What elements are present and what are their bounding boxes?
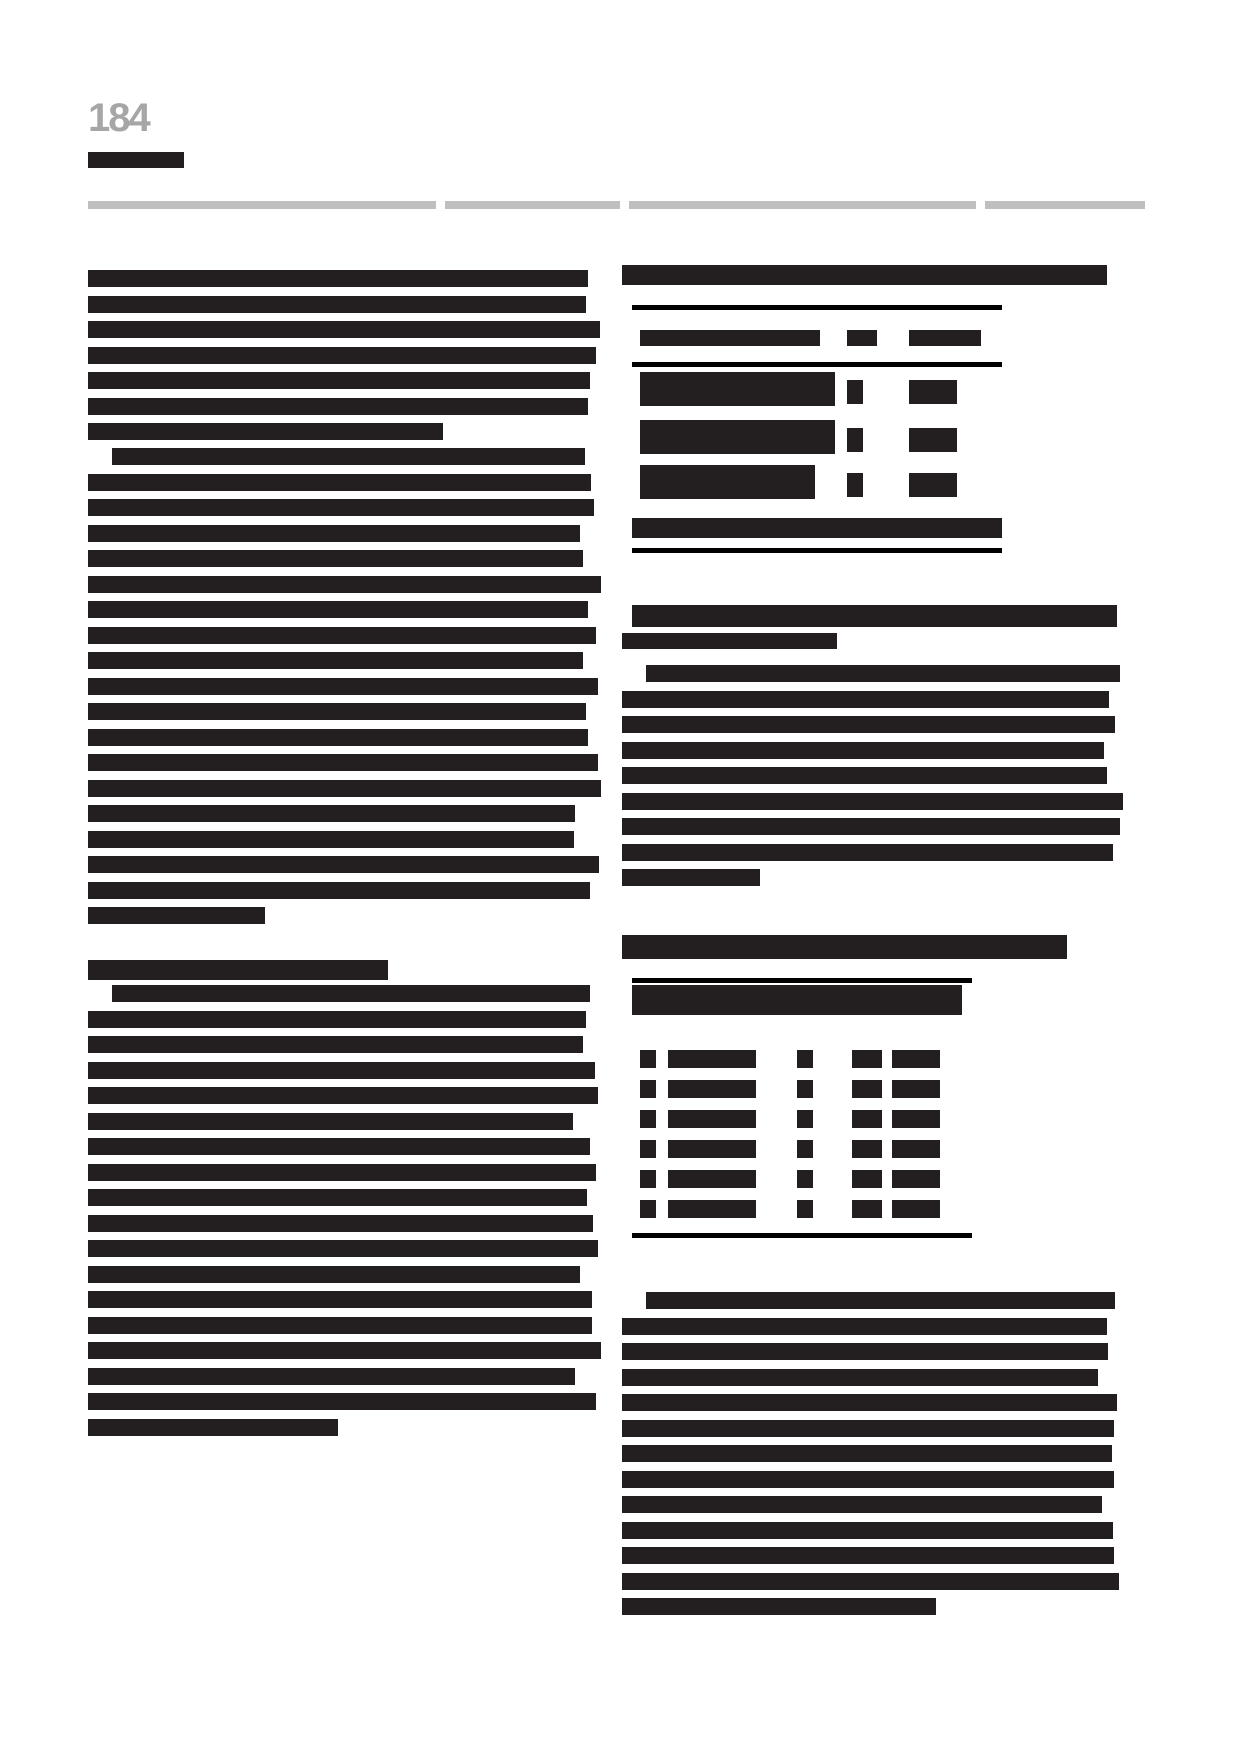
table-rule (632, 305, 1002, 310)
paragraph-line (88, 525, 580, 542)
paragraph-line (622, 1496, 1102, 1513)
table-header-row (632, 985, 962, 1015)
table-cell (640, 1200, 656, 1218)
paragraph-line (88, 499, 594, 516)
paragraph-line (622, 742, 1104, 759)
header-rule-segment (445, 201, 620, 209)
table-cell (797, 1140, 813, 1158)
paragraph-line (88, 321, 600, 338)
paragraph-line (88, 678, 598, 695)
table-cell (892, 1050, 940, 1068)
paragraph-line (88, 703, 586, 720)
table-row-total (632, 518, 1002, 538)
section-heading-line (622, 633, 837, 649)
table-cell (847, 473, 863, 497)
table-cell (892, 1200, 940, 1218)
table-header-cell (847, 330, 877, 346)
paragraph-line (88, 270, 588, 287)
paragraph-line (622, 1369, 1098, 1386)
paragraph-line (646, 665, 1120, 682)
table-header-cell (909, 330, 981, 346)
table-rule (632, 362, 1002, 367)
paragraph-line (88, 398, 588, 415)
paragraph-line (622, 1445, 1112, 1462)
table-cell (640, 465, 815, 499)
paragraph-line (88, 474, 591, 491)
paragraph-line (622, 1343, 1108, 1360)
paragraph-line (88, 882, 590, 899)
table-cell (797, 1110, 813, 1128)
table-cell (797, 1080, 813, 1098)
paragraph-line (88, 1062, 595, 1079)
paragraph-line (622, 767, 1107, 784)
paragraph-line (88, 1011, 586, 1028)
paragraph-line (646, 1292, 1115, 1309)
table-cell (640, 1170, 656, 1188)
table-header-cell (640, 330, 820, 346)
header-rule-segment (985, 201, 1145, 209)
table-cell (892, 1110, 940, 1128)
paragraph-line (88, 1164, 596, 1181)
paragraph-line (88, 831, 574, 848)
table-cell (797, 1170, 813, 1188)
paragraph-line (88, 1342, 601, 1359)
table-cell (892, 1080, 940, 1098)
header-rule-segment (629, 201, 976, 209)
paragraph-line (622, 844, 1113, 861)
table-cell (847, 380, 863, 404)
paragraph-line (88, 627, 596, 644)
table-cell (892, 1170, 940, 1188)
table-cell (668, 1110, 756, 1128)
paragraph-line (88, 372, 590, 389)
table-cell (640, 420, 835, 454)
page-number: 184 (88, 100, 160, 136)
table-cell (797, 1200, 813, 1218)
table-cell (909, 380, 957, 404)
table-cell (797, 1050, 813, 1068)
table-cell (852, 1140, 882, 1158)
table-cell (668, 1050, 756, 1068)
paragraph-line (622, 1547, 1114, 1564)
paragraph-line (88, 1368, 575, 1385)
section-heading (632, 605, 1117, 627)
paragraph-line (88, 1036, 583, 1053)
paragraph-line (88, 1240, 598, 1257)
paragraph-line (88, 550, 583, 567)
paragraph-line (112, 448, 585, 465)
paragraph-line (88, 907, 265, 924)
table-cell (668, 1080, 756, 1098)
table-cell (909, 473, 957, 497)
paragraph-line (88, 1113, 573, 1130)
table-cell (668, 1170, 756, 1188)
paragraph-line (88, 1087, 598, 1104)
table-cell (852, 1050, 882, 1068)
paragraph-line (88, 423, 443, 440)
paragraph-line (622, 1573, 1119, 1590)
table-rule (632, 1233, 972, 1238)
paragraph-line (88, 1291, 592, 1308)
paragraph-line (88, 1215, 593, 1232)
table-cell (847, 428, 863, 452)
table-cell (852, 1170, 882, 1188)
table-cell (852, 1080, 882, 1098)
paragraph-line (88, 729, 588, 746)
paragraph-line (112, 985, 590, 1002)
paragraph-line (88, 1393, 596, 1410)
paragraph-line (88, 780, 601, 797)
table-cell (640, 1110, 656, 1128)
table-cell (852, 1200, 882, 1218)
paragraph-line (88, 347, 596, 364)
paragraph-line (622, 691, 1109, 708)
paragraph-line (622, 1394, 1117, 1411)
paragraph-line (88, 1266, 580, 1283)
table-rule (632, 548, 1002, 553)
table-cell (852, 1110, 882, 1128)
paragraph-line (622, 793, 1123, 810)
paragraph-line (88, 856, 599, 873)
table-cell (640, 1140, 656, 1158)
paragraph-line (622, 1318, 1107, 1335)
paragraph-line (622, 1420, 1114, 1437)
paragraph-line (88, 652, 583, 669)
paragraph-line (88, 601, 588, 618)
paragraph-line (622, 1522, 1113, 1539)
section-heading (88, 960, 388, 980)
paragraph-line (622, 1598, 936, 1615)
table-caption (622, 935, 1067, 959)
table-cell (640, 372, 835, 406)
table-cell (909, 428, 957, 452)
paragraph-line (88, 1419, 338, 1436)
paragraph-line (622, 1471, 1114, 1488)
paragraph-line (88, 754, 598, 771)
table-cell (640, 1050, 656, 1068)
table-cell (892, 1140, 940, 1158)
table-rule (632, 978, 972, 983)
paragraph-line (622, 869, 760, 886)
paragraph-line (88, 805, 575, 822)
paragraph-line (622, 818, 1120, 835)
header-rule-segment (88, 201, 436, 209)
paragraph-line (88, 1189, 587, 1206)
paragraph-line (88, 1317, 592, 1334)
table-cell (668, 1200, 756, 1218)
paragraph-line (88, 296, 586, 313)
table-caption (622, 265, 1107, 285)
running-head (88, 152, 184, 168)
paragraph-line (88, 576, 601, 593)
paragraph-line (622, 716, 1115, 733)
table-cell (668, 1140, 756, 1158)
table-cell (640, 1080, 656, 1098)
paragraph-line (88, 1138, 590, 1155)
